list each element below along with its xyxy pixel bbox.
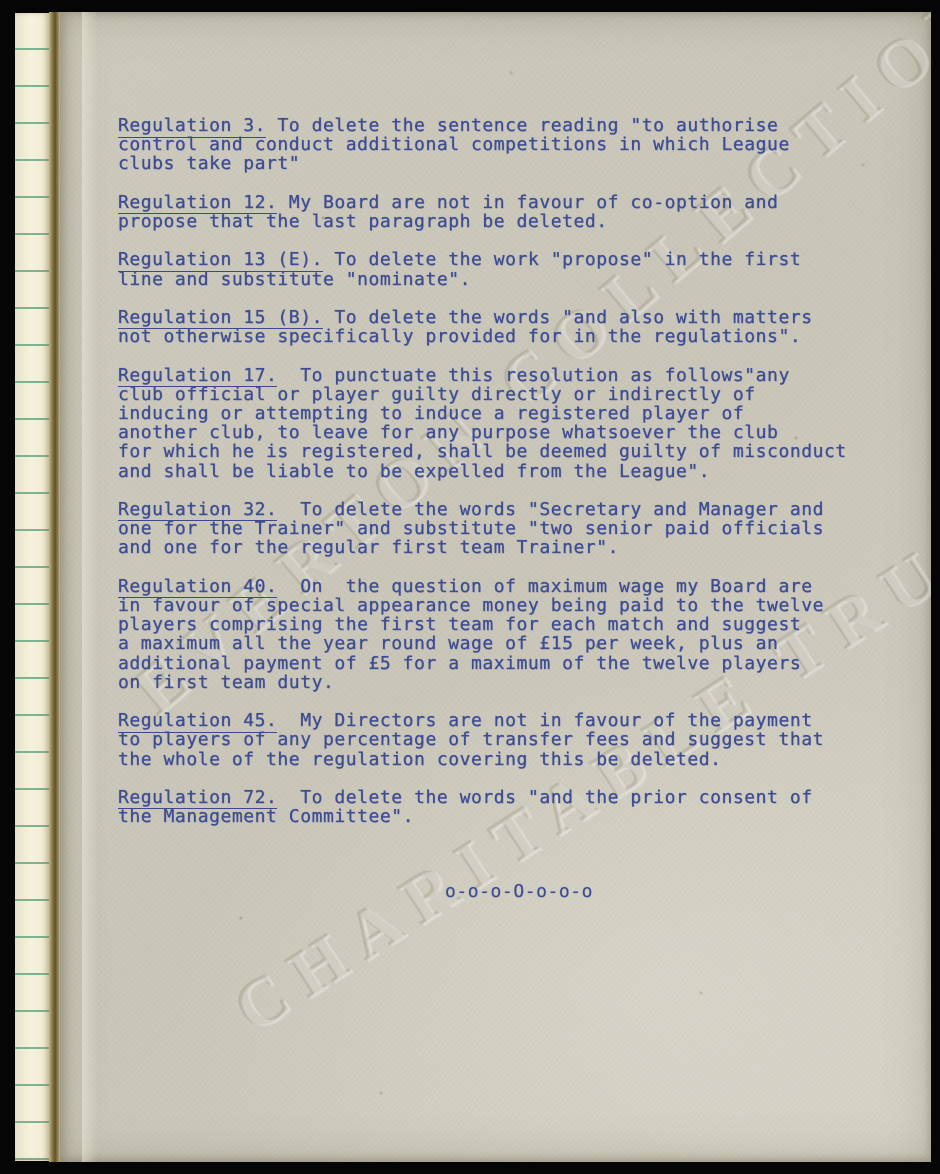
page-gutter-highlight (82, 12, 98, 1162)
regulation-paragraph-3: Regulation 3. To delete the sentence rea… (118, 116, 884, 174)
paper-specks (60, 12, 62, 14)
notebook-ruled-page-edge (15, 13, 49, 1161)
regulation-paragraph-15b: Regulation 15 (B). To delete the words "… (118, 308, 884, 346)
regulation-paragraph-45: Regulation 45. My Directors are not in f… (118, 711, 884, 769)
regulation-paragraph-13e: Regulation 13 (E). To delete the work "p… (118, 250, 884, 288)
regulation-paragraph-17: Regulation 17. To punctuate this resolut… (118, 366, 884, 481)
binding-crease (49, 12, 60, 1162)
typed-text-block: Regulation 3. To delete the sentence rea… (118, 116, 884, 902)
regulation-paragraph-40: Regulation 40. On the question of maximu… (118, 577, 884, 692)
regulation-paragraph-12: Regulation 12. My Board are not in favou… (118, 193, 884, 231)
scanned-document: EVERTON COLLECTION CHARITABLE TRUST Regu… (0, 0, 940, 1174)
document-page: EVERTON COLLECTION CHARITABLE TRUST Regu… (60, 12, 931, 1162)
regulation-paragraph-32: Regulation 32. To delete the words "Secr… (118, 500, 884, 558)
typed-divider: o-o-o-O-o-o-o (118, 882, 884, 901)
regulation-paragraph-72: Regulation 72. To delete the words "and … (118, 788, 884, 826)
